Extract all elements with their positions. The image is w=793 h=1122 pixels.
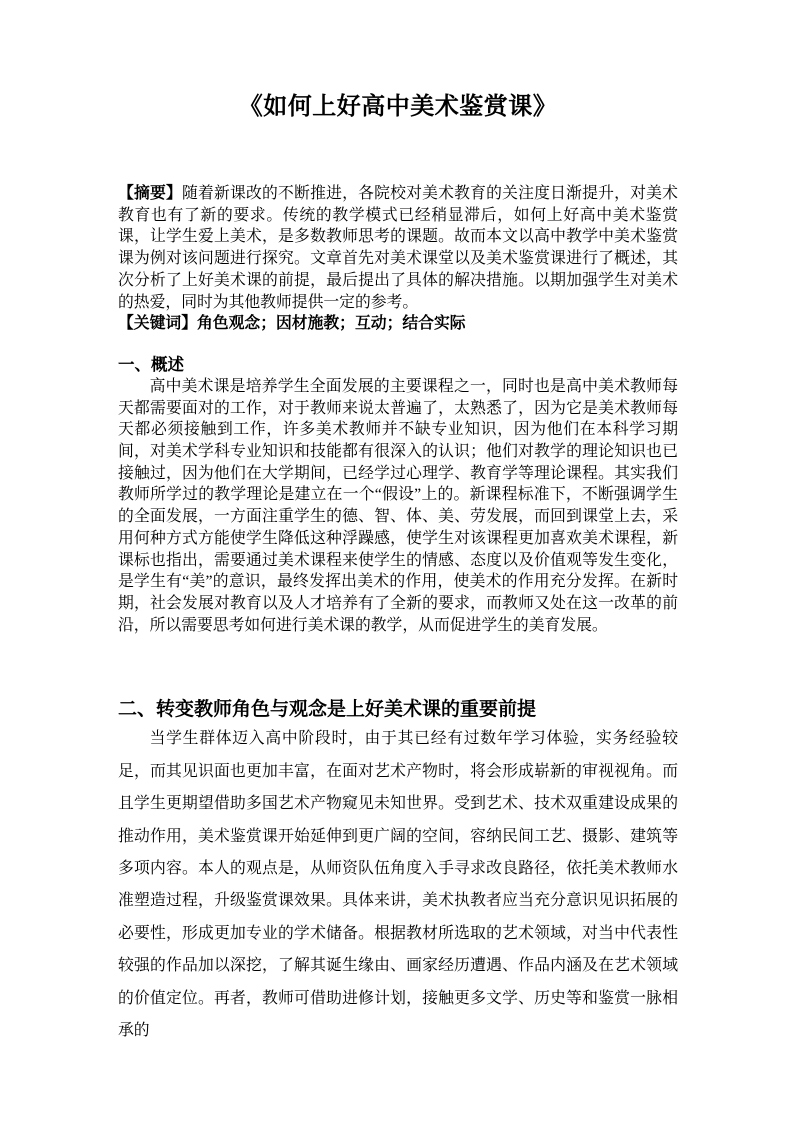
page-title: 《如何上好高中美术鉴赏课》 <box>118 0 678 123</box>
abstract-paragraph: 【摘要】随着新课改的不断推进，各院校对美术教育的关注度日渐提升，对美术教育也有了… <box>118 183 678 313</box>
document-page: 《如何上好高中美术鉴赏课》 【摘要】随着新课改的不断推进，各院校对美术教育的关注… <box>0 0 793 1122</box>
section-1-paragraph: 高中美术课是培养学生全面发展的主要课程之一，同时也是高中美术教师每天都需要面对的… <box>118 376 678 636</box>
abstract-text: 随着新课改的不断推进，各院校对美术教育的关注度日渐提升，对美术教育也有了新的要求… <box>118 185 678 311</box>
section-2-heading: 二、转变教师角色与观念是上好美术课的重要前提 <box>118 697 678 723</box>
section-2-paragraph: 当学生群体迈入高中阶段时，由于其已经有过数年学习体验，实务经验较足，而其见识面也… <box>118 723 678 1047</box>
keywords-text: 角色观念；因材施教；互动；结合实际 <box>197 315 466 332</box>
abstract-label: 【摘要】 <box>118 185 182 202</box>
keywords-line: 【关键词】角色观念；因材施教；互动；结合实际 <box>118 313 678 335</box>
keywords-label: 【关键词】 <box>118 315 197 332</box>
page-content: 《如何上好高中美术鉴赏课》 【摘要】随着新课改的不断推进，各院校对美术教育的关注… <box>118 0 678 1047</box>
section-1-heading: 一、概述 <box>118 354 678 376</box>
